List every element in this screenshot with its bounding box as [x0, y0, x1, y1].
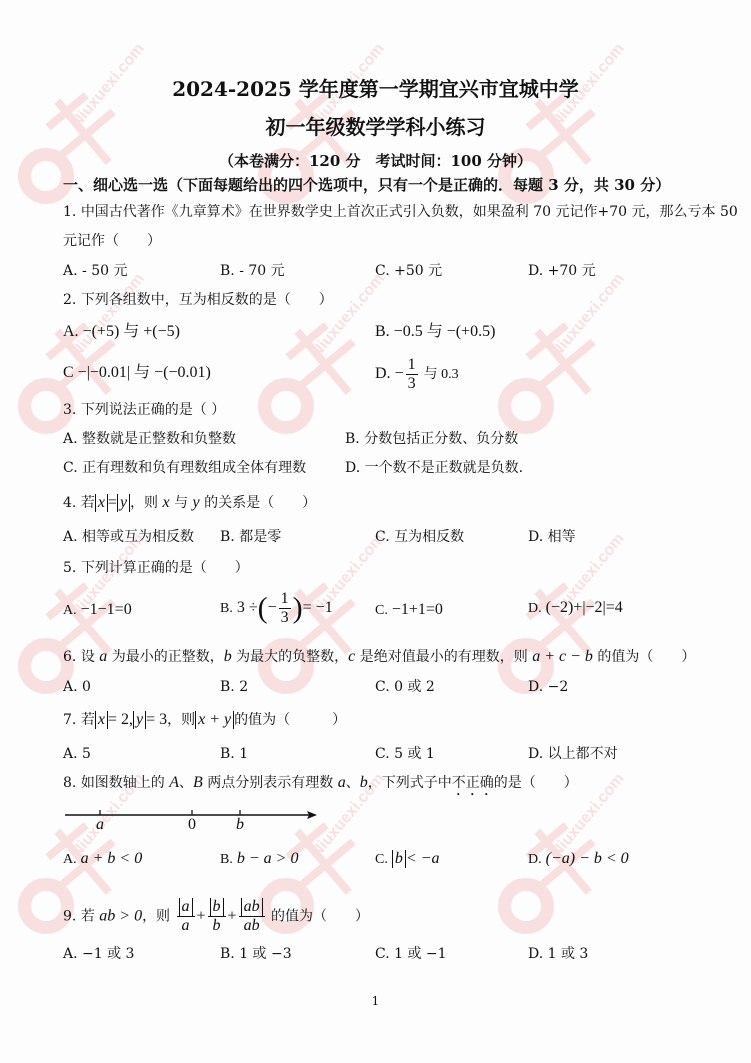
option-b[interactable]: B. - 70 元 [220, 262, 285, 280]
exam-title: 2024-2025 学年度第一学期宜兴市宜城中学 [0, 80, 751, 98]
number-line-figure: a 0 b [65, 800, 325, 840]
question-3: 3. 下列说法正确的是（ ） [63, 401, 225, 419]
watermark-logo-icon: Niuxuexi.com [490, 300, 640, 450]
fraction: abab [239, 898, 265, 935]
option-a[interactable]: A. a + b < 0 [63, 850, 142, 869]
option-b[interactable]: B. 分数包括正分数、负分数 [345, 430, 518, 448]
option-c[interactable]: C −|−0.01| 与 −(−0.01) [63, 364, 211, 382]
number-line-label-a: a [96, 816, 104, 834]
option-b[interactable]: B. 2 [220, 678, 248, 696]
question-stem: 下列计算正确的是（ ） [81, 560, 249, 576]
option-c[interactable]: C. 5 或 1 [375, 745, 435, 763]
exam-page: Niuxuexi.com Niuxuexi.com Niuxuexi.com N… [0, 0, 751, 1063]
option-a[interactable]: A. 整数就是正整数和负整数 [63, 430, 236, 448]
option-c[interactable]: C. 1 或 −1 [375, 945, 447, 963]
question-stem: 下列说法正确的是（ ） [81, 402, 225, 418]
option-b[interactable]: B. 1 或 −3 [220, 945, 292, 963]
option-a[interactable]: A. 相等或互为相反数 [63, 528, 194, 546]
option-b[interactable]: B. 3 ÷(−13)= −1 [220, 590, 333, 627]
option-a[interactable]: A. 0 [63, 678, 91, 696]
option-a[interactable]: A. −(+5) 与 +(−5) [63, 323, 180, 341]
option-a[interactable]: A. 5 [63, 745, 91, 763]
option-d[interactable]: D. −13 与 0.3 [375, 356, 459, 393]
exam-info: （本卷满分：120 分 考试时间：100 分钟） [0, 152, 751, 170]
question-2: 2. 下列各组数中，互为相反数的是（ ） [63, 291, 333, 309]
number-line-label-zero: 0 [188, 816, 196, 834]
option-d[interactable]: D. 1 或 3 [528, 945, 588, 963]
option-c[interactable]: C. 正有理数和负有理数组成全体有理数 [63, 459, 306, 477]
number-line-label-b: b [236, 816, 244, 834]
option-b[interactable]: B. b − a > 0 [220, 850, 298, 869]
fraction: aa [177, 898, 195, 935]
option-c[interactable]: C. +50 元 [375, 262, 442, 280]
question-4: 4. 若x=y，则 x 与 y 的关系是（ ） [63, 494, 316, 512]
question-stem: 中国古代著作《九章算术》在世界数学史上首次正式引入负数，如果盈利 70 元记作+… [81, 204, 738, 220]
option-c[interactable]: C. 互为相反数 [375, 528, 464, 546]
question-1-line2: 元记作（ ） [63, 232, 161, 250]
option-d[interactable]: D. 以上都不对 [528, 745, 618, 763]
watermark-logo-icon: Niuxuexi.com [490, 800, 640, 950]
option-d[interactable]: D. 一个数不是正数就是负数. [345, 459, 523, 477]
question-6: 6. 设 a 为最小的正整数，b 为最大的负整数，c 是绝对值最小的有理数，则 … [63, 648, 695, 666]
option-b[interactable]: B. 1 [220, 745, 248, 763]
question-5: 5. 下列计算正确的是（ ） [63, 559, 249, 577]
option-c[interactable]: C. −1+1=0 [375, 601, 443, 620]
option-d[interactable]: D. 相等 [528, 528, 576, 546]
question-1: 1. 中国古代著作《九章算术》在世界数学史上首次正式引入负数，如果盈利 70 元… [63, 203, 738, 221]
section-heading: 一、细心选一选（下面每题给出的四个选项中，只有一个是正确的．每题 3 分，共 3… [63, 176, 670, 194]
option-a[interactable]: A. −1 或 3 [63, 945, 134, 963]
option-c[interactable]: C. 0 或 2 [375, 678, 435, 696]
option-a[interactable]: A. −1−1=0 [63, 601, 132, 620]
fraction: 13 [406, 356, 418, 393]
exam-subtitle: 初一年级数学学科小练习 [0, 118, 751, 136]
fraction: bb [208, 898, 226, 935]
option-b[interactable]: B. 都是零 [220, 528, 281, 546]
option-b[interactable]: B. −0.5 与 −(+0.5) [375, 323, 495, 341]
option-d[interactable]: D. +70 元 [528, 262, 596, 280]
option-a[interactable]: A. - 50 元 [63, 262, 127, 280]
option-d[interactable]: D. (−a) − b < 0 [528, 850, 629, 869]
question-8: 8. 如图数轴上的 A、B 两点分别表示有理数 a、b，下列式子中不正确的是（ … [63, 774, 578, 799]
question-7: 7. 若x= 2,y= 3，则x + y的值为（ ） [63, 711, 346, 729]
option-d[interactable]: D. −2 [528, 678, 568, 696]
page-number: 1 [0, 992, 751, 1010]
fraction: 13 [279, 590, 291, 627]
option-d[interactable]: D. (−2)+|−2|=4 [528, 599, 623, 618]
question-stem: 下列各组数中，互为相反数的是（ ） [81, 292, 333, 308]
option-c[interactable]: C. b< −a [375, 850, 439, 869]
question-9: 9. 若 ab > 0，则 aa+bb+abab 的值为（ ） [63, 898, 369, 935]
